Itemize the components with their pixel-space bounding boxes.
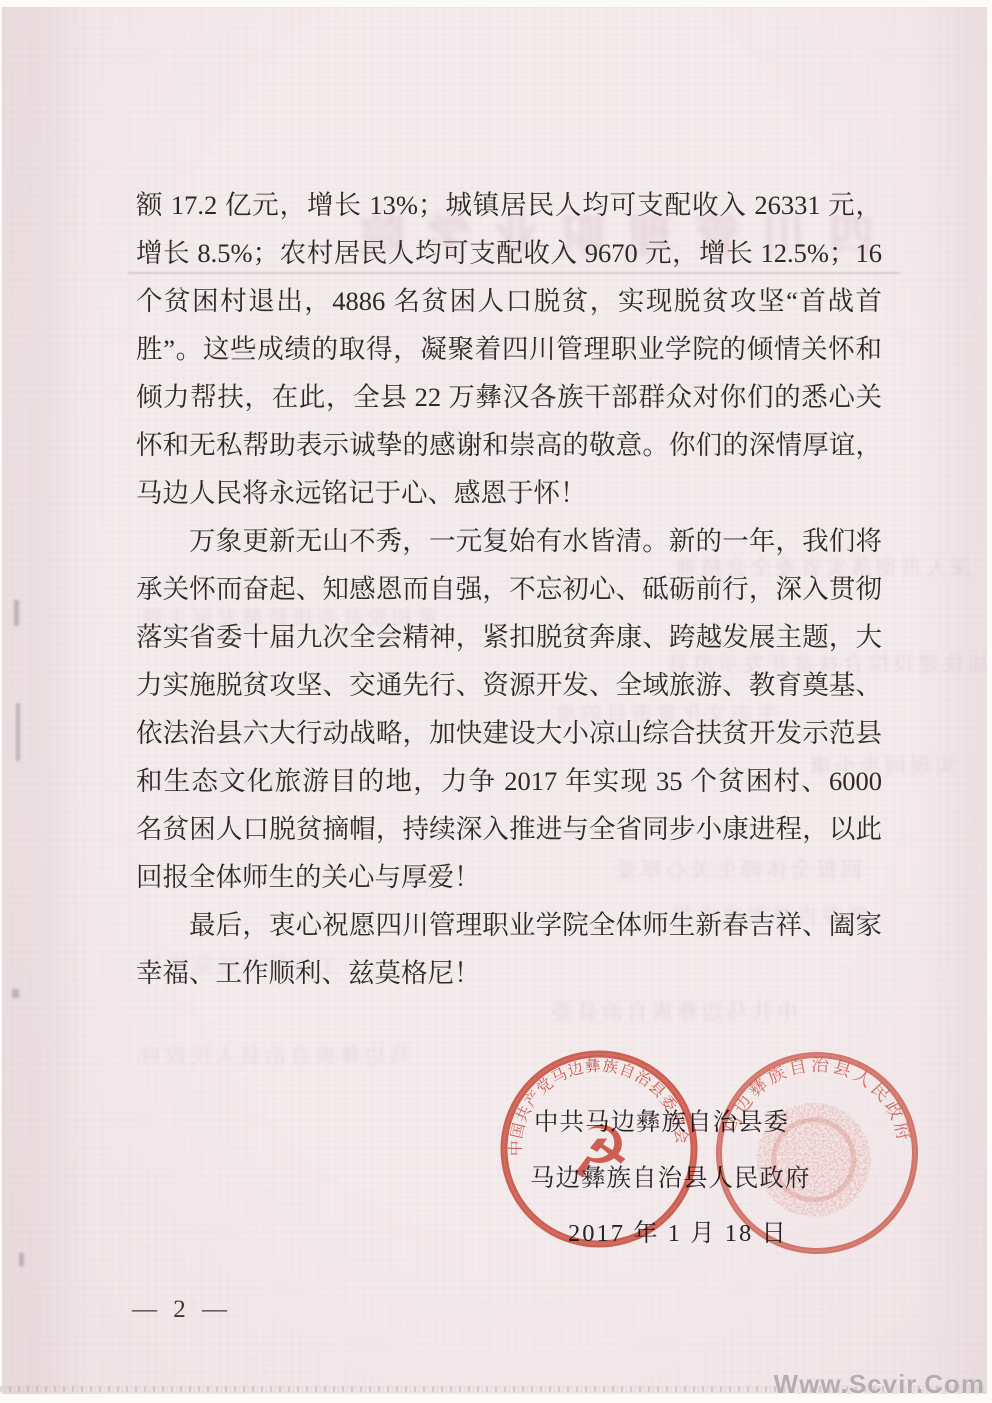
body-line: 名贫困人口脱贫摘帽，持续深入推进与全省同步小康进程，以此 [136,805,882,853]
bleed-through-line: 中共马边彝族自治县委 [548,996,798,1026]
body-line: 万象更新无山不秀，一元复始有水皆清。新的一年，我们将 [136,517,882,565]
body-line: 怀和无私帮助表示诚挚的感谢和崇高的敬意。你们的深情厚谊， [136,421,882,469]
body-line: 回报全体师生的关心与厚爱！ [136,853,882,901]
body-line: 倾力帮扶，在此，全县 22 万彝汉各族干部群众对你们的悉心关 [136,373,882,421]
hammer-sickle-icon: ☭ [565,1109,633,1195]
page-number: — 2 — [132,1296,232,1324]
scan-smudge [14,600,19,626]
scan-smudge [12,989,19,998]
watermark: Www.Scvir.Com [774,1369,985,1400]
body-line: 落实省委十届九次全会精神，紧扣脱贫奔康、跨越发展主题，大 [136,613,882,661]
government-seal: 马边彝族自治县人民政府 [698,1034,936,1272]
body-line: 依法治县六大行动战略，加快建设大小凉山综合扶贫开发示范县 [136,709,882,757]
scan-smudge [16,703,20,761]
body-line: 马边人民将永远铭记于心、感恩于怀！ [136,469,882,517]
body-line: 额 17.2 亿元，增长 13%；城镇居民人均可支配收入 26331 元， [136,181,882,229]
letter-body: 额 17.2 亿元，增长 13%；城镇居民人均可支配收入 26331 元， 增长… [136,181,882,997]
body-line: 胜”。这些成绩的取得，凝聚着四川管理职业学院的倾情关怀和 [136,325,882,373]
body-line: 力实施脱贫攻坚、交通先行、资源开发、全域旅游、教育奠基、 [136,661,882,709]
body-line: 增长 8.5%；农村居民人均可支配收入 9670 元，增长 12.5%；16 [136,229,882,277]
body-line: 个贫困村退出，4886 名贫困人口脱贫，实现脱贫攻坚“首战首 [136,277,882,325]
body-line: 最后，衷心祝愿四川管理职业学院全体师生新春吉祥、阖家 [136,901,882,949]
scan-smudge [19,1253,24,1266]
bleed-through-line: 马边彝族自治县人民政府 [136,1040,411,1070]
scanned-letter-page: 四川管理职业学院 深入贯彻落实省委全会精神 紧扣脱贫奔康跨越发展主题 加快建设综… [0,0,992,1403]
body-line: 和生态文化旅游目的地，力争 2017 年实现 35 个贫困村、6000 [136,757,882,805]
national-emblem-icon [754,1100,874,1220]
body-line: 承关怀而奋起、知感恩而自强，不忘初心、砥砺前行，深入贯彻 [136,565,882,613]
body-line: 幸福、工作顺利、兹莫格尼！ [136,949,882,997]
party-committee-seal: ☭ 中国共产党马边彝族自治县委员会 [481,1031,718,1268]
